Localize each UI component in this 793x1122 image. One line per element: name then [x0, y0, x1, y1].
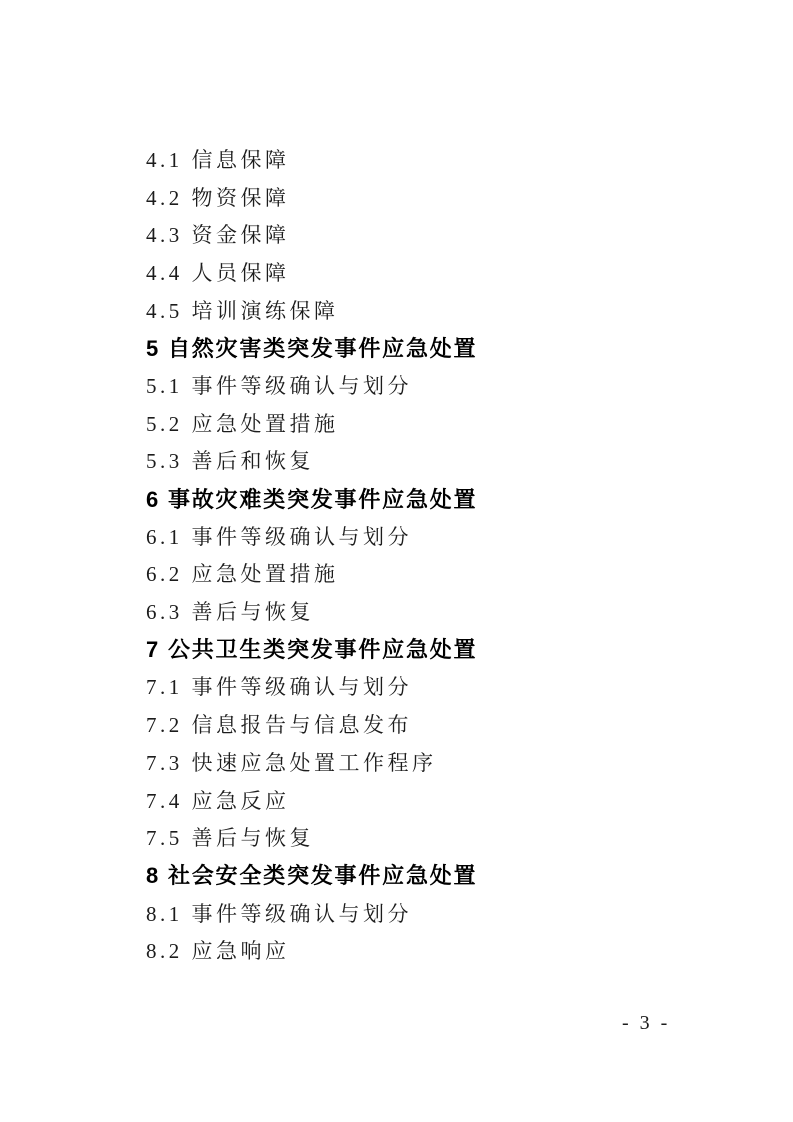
toc-sub-item: 7.2 信息报告与信息发布: [146, 705, 763, 743]
toc-chapter-item: 7 公共卫生类突发事件应急处置: [146, 630, 763, 668]
toc-sub-item: 4.2 物资保障: [146, 178, 763, 216]
toc-sub-item: 4.3 资金保障: [146, 215, 763, 253]
toc-sub-item: 6.3 善后与恢复: [146, 592, 763, 630]
toc-sub-item: 7.5 善后与恢复: [146, 818, 763, 856]
toc-sub-item: 5.1 事件等级确认与划分: [146, 366, 763, 404]
toc-sub-item: 5.3 善后和恢复: [146, 442, 763, 480]
toc-sub-item: 6.2 应急处置措施: [146, 555, 763, 593]
toc-sub-item: 7.3 快速应急处置工作程序: [146, 743, 763, 781]
toc-sub-item: 5.2 应急处置措施: [146, 404, 763, 442]
toc-sub-item: 6.1 事件等级确认与划分: [146, 517, 763, 555]
document-page: 4.1 信息保障4.2 物资保障4.3 资金保障4.4 人员保障4.5 培训演练…: [0, 0, 793, 1122]
table-of-contents: 4.1 信息保障4.2 物资保障4.3 资金保障4.4 人员保障4.5 培训演练…: [146, 140, 763, 969]
toc-chapter-item: 5 自然灾害类突发事件应急处置: [146, 328, 763, 366]
toc-sub-item: 4.1 信息保障: [146, 140, 763, 178]
toc-chapter-item: 6 事故灾难类突发事件应急处置: [146, 479, 763, 517]
toc-sub-item: 8.1 事件等级确认与划分: [146, 894, 763, 932]
toc-sub-item: 8.2 应急响应: [146, 931, 763, 969]
page-number: - 3 -: [622, 1012, 670, 1035]
toc-sub-item: 7.1 事件等级确认与划分: [146, 668, 763, 706]
toc-chapter-item: 8 社会安全类突发事件应急处置: [146, 856, 763, 894]
toc-sub-item: 7.4 应急反应: [146, 781, 763, 819]
toc-sub-item: 4.5 培训演练保障: [146, 291, 763, 329]
toc-sub-item: 4.4 人员保障: [146, 253, 763, 291]
